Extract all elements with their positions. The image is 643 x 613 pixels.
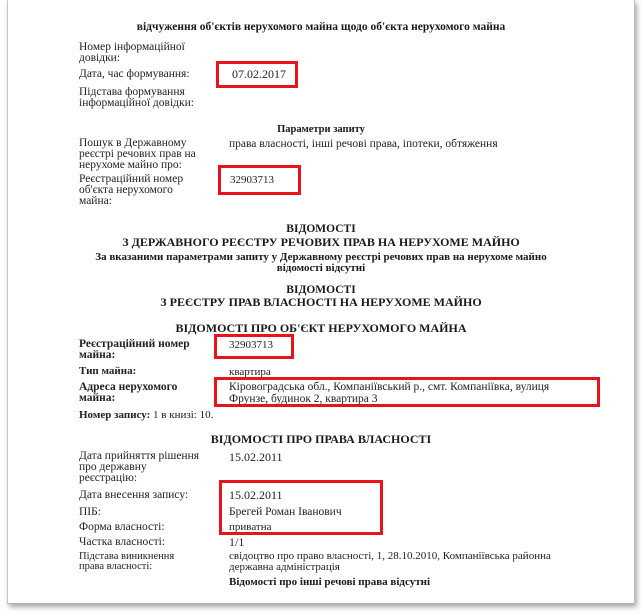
generation-date-label: Дата, час формування: bbox=[79, 69, 190, 80]
ownership-share-label: Частка власності: bbox=[79, 537, 165, 548]
entry-date-label: Дата внесення запису: bbox=[79, 490, 188, 501]
highlight-owner-details bbox=[219, 480, 383, 535]
property-reg-label: Реєстраційний номермайна: bbox=[79, 339, 190, 361]
record-number: Номер запису: 1 в книзі: 10. bbox=[79, 410, 213, 421]
ownership-form-label: Форма власності: bbox=[79, 522, 165, 533]
property-address-label: Адреса нерухомогомайна: bbox=[79, 382, 177, 404]
property-object-heading: ВІДОМОСТІ ПРО ОБ'ЄКТ НЕРУХОМОГО МАЙНА bbox=[8, 322, 634, 335]
query-params-heading: Параметри запиту bbox=[8, 124, 634, 136]
ownership-registry-heading-2: З РЕЄСТРУ ПРАВ ВЛАСНОСТІ НА НЕРУХОМЕ МАЙ… bbox=[8, 296, 634, 309]
info-number-label: Номер інформаційноїдовідки: bbox=[79, 42, 185, 64]
document-title-fragment: відчуження об'єктів нерухомого майна щод… bbox=[8, 21, 634, 34]
basis-line-2: державна адміністрація bbox=[229, 562, 551, 573]
decision-date-value: 15.02.2011 bbox=[229, 451, 283, 463]
ownership-rights-heading: ВІДОМОСТІ ПРО ПРАВА ВЛАСНОСТІ bbox=[8, 433, 634, 446]
record-number-label: Номер запису: bbox=[79, 409, 150, 421]
ownership-basis-value: свідоцтво про право власності, 1, 28.10.… bbox=[229, 551, 551, 573]
object-reg-label: Реєстраційний номероб'єкта нерухомогомай… bbox=[79, 174, 183, 207]
highlight-object-reg-number bbox=[218, 165, 301, 195]
search-value: права власності, інші речові права, іпот… bbox=[229, 138, 498, 150]
generation-basis-label: Підстава формуванняінформаційної довідки… bbox=[79, 87, 194, 109]
highlight-generation-date bbox=[216, 61, 298, 88]
ownership-share-value: 1/1 bbox=[229, 536, 244, 548]
property-type-label: Тип майна: bbox=[79, 366, 136, 377]
search-label: Пошук в Державномуреєстрі речових прав н… bbox=[79, 138, 196, 171]
owner-name-label: ПІБ: bbox=[79, 507, 101, 518]
state-registry-heading-2: З ДЕРЖАВНОГО РЕЄСТРУ РЕЧОВИХ ПРАВ НА НЕР… bbox=[8, 236, 634, 249]
other-rights-note: Відомості про інші речові права відсутні bbox=[229, 576, 430, 588]
state-registry-note-2: відомості відсутні bbox=[8, 262, 634, 274]
highlight-property-reg-number bbox=[214, 334, 294, 359]
highlight-property-address bbox=[214, 377, 600, 407]
decision-date-label: Дата прийняття рішенняпро державнуреєстр… bbox=[79, 451, 199, 484]
ownership-basis-label: Підстава виникненняправа власності: bbox=[79, 552, 174, 572]
record-number-value: 1 в книзі: 10. bbox=[153, 409, 213, 421]
